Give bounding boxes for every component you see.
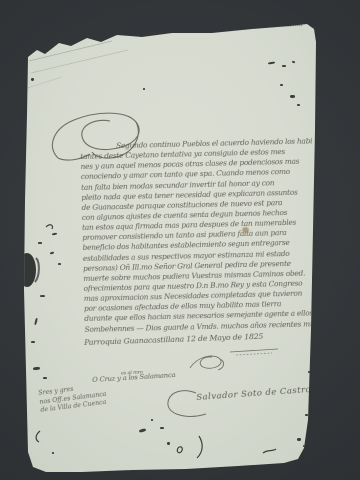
ink-speck xyxy=(43,377,47,379)
addressee-block: Sres y gres nos Off.es Salamanca de la V… xyxy=(38,382,108,416)
rubric-flourish xyxy=(190,356,224,370)
ink-speck xyxy=(31,341,35,343)
ink-speck xyxy=(305,414,308,416)
rust-stain xyxy=(242,227,249,233)
ink-speck xyxy=(33,367,40,371)
ink-speck xyxy=(52,233,57,236)
ink-speck xyxy=(143,88,145,90)
ink-speck xyxy=(308,371,312,373)
body-paragraph: Segundo continuo Pueblos el acuerdo havi… xyxy=(80,136,321,334)
ink-speck xyxy=(58,263,61,265)
ink-speck xyxy=(280,84,283,86)
photo-backdrop: Señor Juan de Dios Pavon Presid.te dhos … xyxy=(0,0,360,480)
fold-crease xyxy=(27,41,128,88)
ink-speck xyxy=(303,445,306,447)
ink-speck xyxy=(151,419,153,421)
ink-speck xyxy=(282,65,286,67)
ink-speck xyxy=(290,95,295,98)
ink-speck xyxy=(167,442,170,445)
ink-speck xyxy=(160,427,164,429)
ink-speck xyxy=(40,295,45,297)
ink-speck xyxy=(292,61,296,64)
ink-speck xyxy=(34,318,38,325)
ink-speck xyxy=(139,428,147,433)
dateline-underline xyxy=(230,349,278,355)
ink-speck xyxy=(50,252,54,255)
ink-speck xyxy=(297,104,300,106)
ink-speck xyxy=(31,78,34,81)
manuscript-page: Señor Juan de Dios Pavon Presid.te dhos … xyxy=(0,0,360,480)
ink-speck xyxy=(268,61,275,64)
ink-speck xyxy=(38,242,42,244)
ink-speck xyxy=(52,452,54,454)
endorsement-line: Señor Juan de Dios Pavon Presid.te dhos … xyxy=(60,20,303,38)
ink-blob xyxy=(18,253,39,287)
dateline: Parroquia Guanacastillana 12 de Mayo de … xyxy=(84,332,263,347)
ink-speck xyxy=(297,438,301,441)
signature: Salvador Soto de Castro. xyxy=(196,385,314,403)
